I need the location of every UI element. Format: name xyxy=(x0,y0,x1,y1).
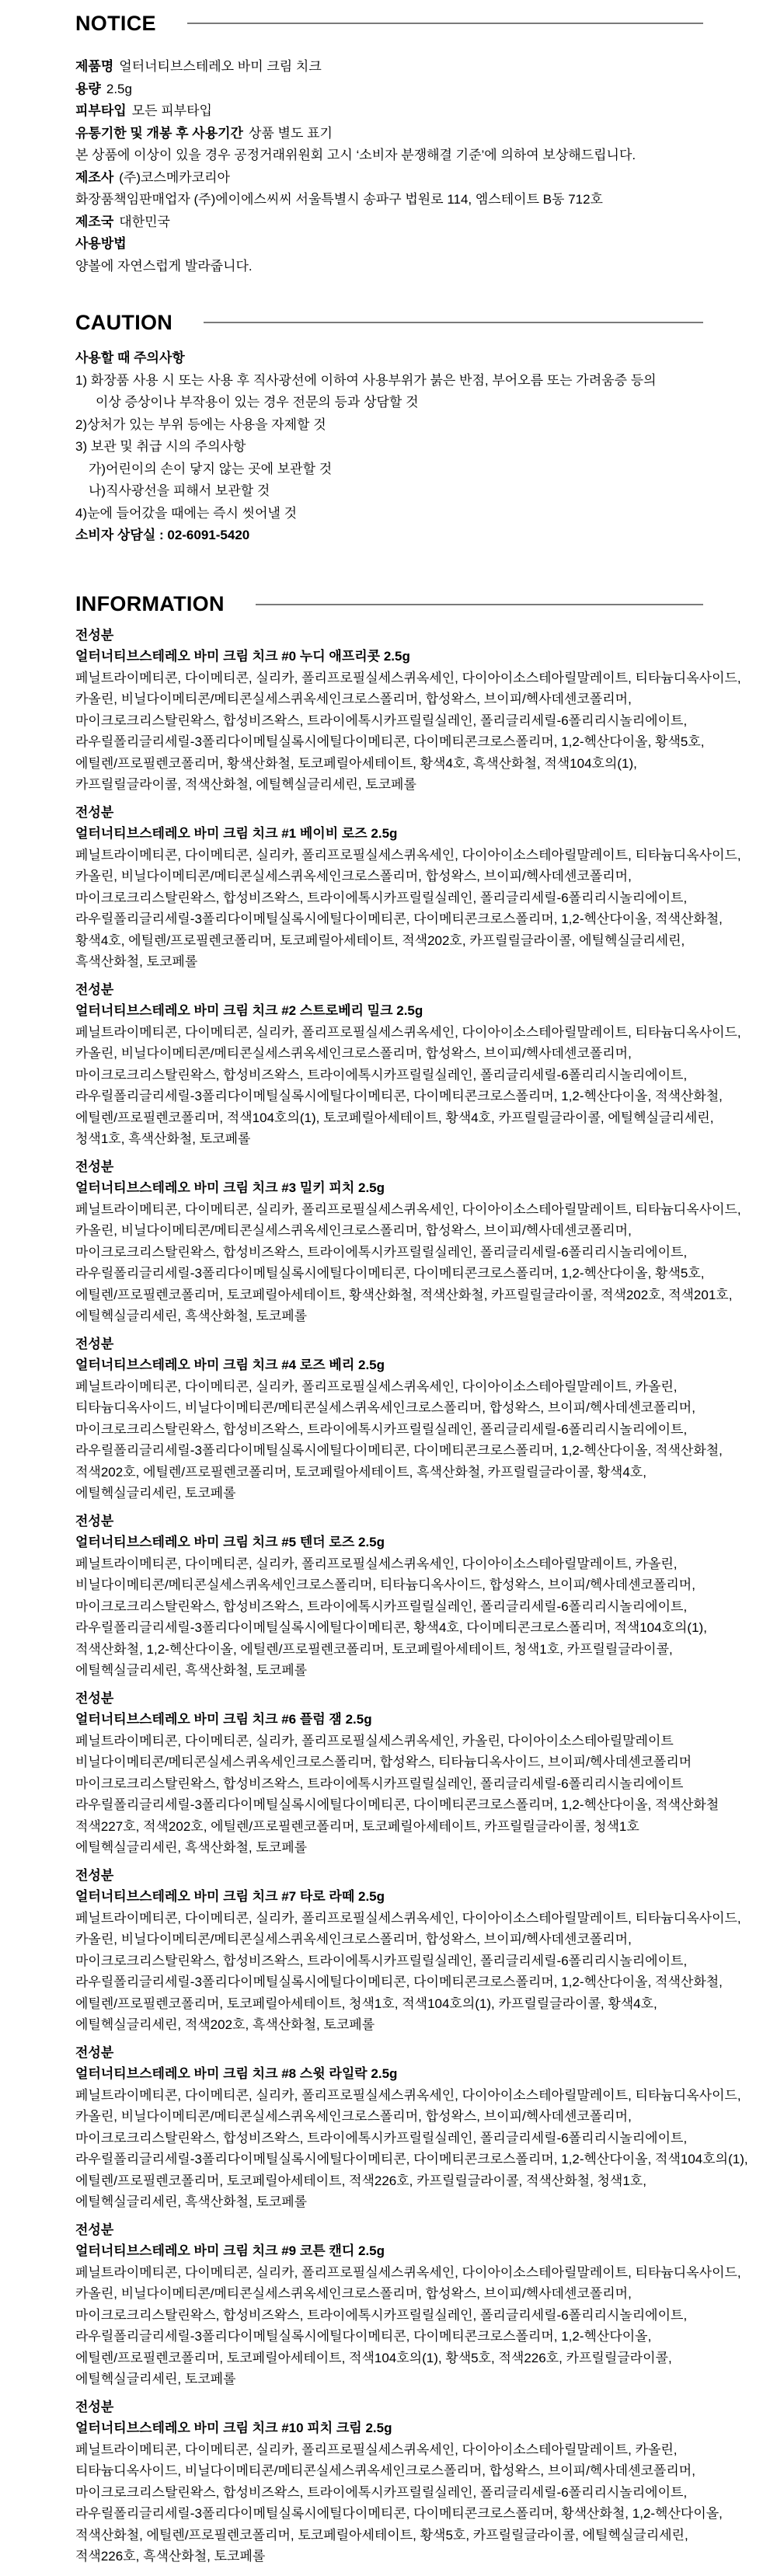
divider-line xyxy=(204,322,703,323)
variant-title: 얼터너티브스테레오 바미 크림 치크 #10 피치 크림 2.5g xyxy=(75,2417,754,2439)
field-label: 제조국 xyxy=(75,214,113,229)
ingredients-text: 페닐트라이메티콘, 다이메티콘, 실리카, 폴리프로필실세스퀴옥세인, 다이아이… xyxy=(75,845,751,973)
ingredient-block-shade-9: 전성분 얼터너티브스테레오 바미 크림 치크 #9 코튼 캔디 2.5g 페닐트… xyxy=(75,2219,754,2390)
caution-item: 2)상처가 있는 부위 등에는 사용을 자제할 것 xyxy=(75,414,754,437)
notice-fields: 제품명얼터너티브스테레오 바미 크림 치크 용량2.5g 피부타입모든 피부타입… xyxy=(75,56,754,277)
field-expiry: 유통기한 및 개봉 후 사용기간상품 별도 표기 xyxy=(75,123,754,145)
ingredient-block-shade-7: 전성분 얼터너티브스테레오 바미 크림 치크 #7 타로 라떼 2.5g 페닐트… xyxy=(75,1865,754,2036)
ingredients-label: 전성분 xyxy=(75,625,754,647)
ingredient-block-shade-5: 전성분 얼터너티브스테레오 바미 크림 치크 #5 텐더 로즈 2.5g 페닐트… xyxy=(75,1511,754,1682)
field-volume: 용량2.5g xyxy=(75,78,754,101)
ingredients-label: 전성분 xyxy=(75,979,754,1001)
variant-title: 얼터너티브스테레오 바미 크림 치크 #6 플럼 잼 2.5g xyxy=(75,1709,754,1731)
field-distributor: 화장품책임판매업자 (주)에이에스씨씨 서울특별시 송파구 법원로 114, 엠… xyxy=(75,189,754,211)
field-usage-label: 사용방법 xyxy=(75,233,754,256)
caution-item: 1) 화장품 사용 시 또는 사용 후 직사광선에 이하여 사용부위가 붉은 반… xyxy=(75,370,754,392)
notice-title: NOTICE xyxy=(75,12,156,36)
ingredients-text: 페닐트라이메티콘, 다이메티콘, 실리카, 폴리프로필실세스퀴옥세인, 다이아이… xyxy=(75,1022,751,1150)
field-skin-type: 피부타입모든 피부타입 xyxy=(75,100,754,123)
variant-title: 얼터너티브스테레오 바미 크림 치크 #8 스윗 라일락 2.5g xyxy=(75,2063,754,2085)
field-manufacturer: 제조사(주)코스메카코리아 xyxy=(75,167,754,190)
ingredients-text: 페닐트라이메티콘, 다이메티콘, 실리카, 폴리프로필실세스퀴옥세인, 다이아이… xyxy=(75,2262,751,2390)
ingredient-block-shade-0: 전성분 얼터너티브스테레오 바미 크림 치크 #0 누디 애프리콧 2.5g 페… xyxy=(75,625,754,796)
information-title: INFORMATION xyxy=(75,592,225,616)
field-label: 사용방법 xyxy=(75,236,127,251)
caution-item: 가)어린이의 손이 닿지 않는 곳에 보관할 것 xyxy=(75,458,754,481)
ingredients-label: 전성분 xyxy=(75,1865,754,1887)
field-product-name: 제품명얼터너티브스테레오 바미 크림 치크 xyxy=(75,56,754,78)
caution-item: 나)직사광선을 피해서 보관할 것 xyxy=(75,480,754,503)
divider-line xyxy=(256,604,703,605)
ingredient-block-shade-6: 전성분 얼터너티브스테레오 바미 크림 치크 #6 플럼 잼 2.5g 페닐트라… xyxy=(75,1688,754,1859)
ingredients-label: 전성분 xyxy=(75,2219,754,2241)
ingredients-label: 전성분 xyxy=(75,1688,754,1710)
ingredients-label: 전성분 xyxy=(75,1156,754,1178)
caution-title: CAUTION xyxy=(75,311,172,335)
field-country: 제조국대한민국 xyxy=(75,211,754,234)
information-heading-row: INFORMATION xyxy=(75,591,703,619)
caution-item: 이상 증상이나 부작용이 있는 경우 전문의 등과 상담할 것 xyxy=(75,392,754,414)
field-value: 본 상품에 이상이 있을 경우 공정거래위원회 고시 ‘소비자 분쟁해결 기준’… xyxy=(75,148,636,162)
variant-title: 얼터너티브스테레오 바미 크림 치크 #7 타로 라떼 2.5g xyxy=(75,1886,754,1908)
customer-service-phone: 소비자 상담실 : 02-6091-5420 xyxy=(75,525,754,547)
ingredients-text: 페닐트라이메티콘, 다이메티콘, 실리카, 폴리프로필실세스퀴옥세인, 카올린,… xyxy=(75,1731,751,1859)
field-value: 2.5g xyxy=(106,82,132,96)
ingredients-text: 페닐트라이메티콘, 다이메티콘, 실리카, 폴리프로필실세스퀴옥세인, 다이아이… xyxy=(75,1376,751,1504)
ingredients-text: 페닐트라이메티콘, 다이메티콘, 실리카, 폴리프로필실세스퀴옥세인, 다이아이… xyxy=(75,1199,751,1327)
variant-title: 얼터너티브스테레오 바미 크림 치크 #9 코튼 캔디 2.5g xyxy=(75,2240,754,2262)
ingredients-text: 페닐트라이메티콘, 다이메티콘, 실리카, 폴리프로필실세스퀴옥세인, 다이아이… xyxy=(75,668,751,796)
field-value: 얼터너티브스테레오 바미 크림 치크 xyxy=(119,59,322,74)
variant-title: 얼터너티브스테레오 바미 크림 치크 #1 베이비 로즈 2.5g xyxy=(75,823,754,845)
field-usage-text: 양볼에 자연스럽게 발라줍니다. xyxy=(75,256,754,278)
caution-list: 사용할 때 주의사항 1) 화장품 사용 시 또는 사용 후 직사광선에 이하여… xyxy=(75,347,754,547)
field-value: 모든 피부타입 xyxy=(132,103,212,118)
ingredient-blocks: 전성분 얼터너티브스테레오 바미 크림 치크 #0 누디 애프리콧 2.5g 페… xyxy=(75,625,754,2567)
field-value: (주)코스메카코리아 xyxy=(119,170,230,185)
ingredients-label: 전성분 xyxy=(75,802,754,824)
ingredients-text: 페닐트라이메티콘, 다이메티콘, 실리카, 폴리프로필실세스퀴옥세인, 다이아이… xyxy=(75,1553,751,1682)
ingredients-text: 페닐트라이메티콘, 다이메티콘, 실리카, 폴리프로필실세스퀴옥세인, 다이아이… xyxy=(75,1908,751,2036)
ingredients-text: 페닐트라이메티콘, 다이메티콘, 실리카, 폴리프로필실세스퀴옥세인, 다이아이… xyxy=(75,2085,751,2213)
field-value: 상품 별도 표기 xyxy=(249,126,333,141)
divider-line xyxy=(187,23,703,24)
caution-section: CAUTION 사용할 때 주의사항 1) 화장품 사용 시 또는 사용 후 직… xyxy=(75,308,754,547)
field-label: 유통기한 및 개봉 후 사용기간 xyxy=(75,126,243,141)
variant-title: 얼터너티브스테레오 바미 크림 치크 #4 로즈 베리 2.5g xyxy=(75,1354,754,1376)
field-value: 양볼에 자연스럽게 발라줍니다. xyxy=(75,259,253,274)
information-section: INFORMATION 전성분 얼터너티브스테레오 바미 크림 치크 #0 누디… xyxy=(75,591,754,2567)
caution-item: 3) 보관 및 취급 시의 주의사항 xyxy=(75,436,754,458)
caution-heading-row: CAUTION xyxy=(75,308,703,336)
caution-subheading: 사용할 때 주의사항 xyxy=(75,347,754,370)
field-label: 용량 xyxy=(75,82,101,96)
ingredients-label: 전성분 xyxy=(75,1333,754,1355)
ingredients-label: 전성분 xyxy=(75,1511,754,1532)
field-label: 제품명 xyxy=(75,59,113,74)
variant-title: 얼터너티브스테레오 바미 크림 치크 #3 밀키 피치 2.5g xyxy=(75,1177,754,1199)
product-info-page: { "colors": { "background": "#ffffff", "… xyxy=(0,0,777,2576)
field-value: 대한민국 xyxy=(119,214,170,229)
ingredients-label: 전성분 xyxy=(75,2042,754,2064)
field-label: 제조사 xyxy=(75,170,113,185)
ingredient-block-shade-3: 전성분 얼터너티브스테레오 바미 크림 치크 #3 밀키 피치 2.5g 페닐트… xyxy=(75,1156,754,1327)
ingredient-block-shade-8: 전성분 얼터너티브스테레오 바미 크림 치크 #8 스윗 라일락 2.5g 페닐… xyxy=(75,2042,754,2213)
notice-section: NOTICE 제품명얼터너티브스테레오 바미 크림 치크 용량2.5g 피부타입… xyxy=(75,9,754,277)
variant-title: 얼터너티브스테레오 바미 크림 치크 #2 스트로베리 밀크 2.5g xyxy=(75,1000,754,1022)
ingredient-block-shade-10: 전성분 얼터너티브스테레오 바미 크림 치크 #10 피치 크림 2.5g 페닐… xyxy=(75,2396,754,2567)
caution-item: 4)눈에 들어갔을 때에는 즉시 씻어낼 것 xyxy=(75,503,754,525)
ingredients-label: 전성분 xyxy=(75,2396,754,2418)
ingredient-block-shade-4: 전성분 얼터너티브스테레오 바미 크림 치크 #4 로즈 베리 2.5g 페닐트… xyxy=(75,1333,754,1504)
ingredients-text: 페닐트라이메티콘, 다이메티콘, 실리카, 폴리프로필실세스퀴옥세인, 다이아이… xyxy=(75,2439,751,2567)
ingredient-block-shade-2: 전성분 얼터너티브스테레오 바미 크림 치크 #2 스트로베리 밀크 2.5g … xyxy=(75,979,754,1150)
ingredient-block-shade-1: 전성분 얼터너티브스테레오 바미 크림 치크 #1 베이비 로즈 2.5g 페닐… xyxy=(75,802,754,973)
field-label: 피부타입 xyxy=(75,103,127,118)
field-compensation-note: 본 상품에 이상이 있을 경우 공정거래위원회 고시 ‘소비자 분쟁해결 기준’… xyxy=(75,145,754,167)
field-value: 화장품책임판매업자 (주)에이에스씨씨 서울특별시 송파구 법원로 114, 엠… xyxy=(75,192,603,207)
notice-heading-row: NOTICE xyxy=(75,9,703,37)
variant-title: 얼터너티브스테레오 바미 크림 치크 #0 누디 애프리콧 2.5g xyxy=(75,646,754,668)
variant-title: 얼터너티브스테레오 바미 크림 치크 #5 텐더 로즈 2.5g xyxy=(75,1532,754,1553)
